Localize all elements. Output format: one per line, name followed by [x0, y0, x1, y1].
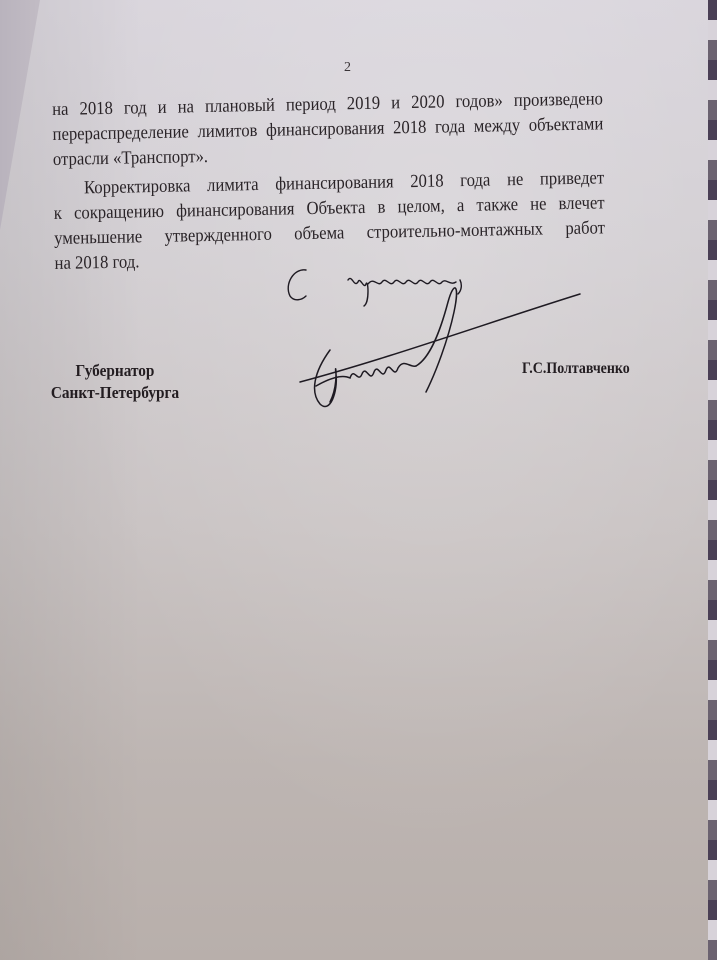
greeting-c-stroke: [288, 270, 306, 300]
paragraph-limit-correction: Корректировка лимита финансирования 2018…: [53, 166, 605, 277]
paragraph-funding-redistribution: на 2018 год и на плановый период 2019 и …: [52, 87, 604, 173]
greeting-word-stroke: [348, 278, 461, 306]
handwritten-signature-icon: [270, 262, 600, 422]
letter-body: на 2018 год и на плановый период 2019 и …: [52, 87, 606, 277]
signatory-name: Г.С.Полтавченко: [522, 360, 630, 378]
page-number: 2: [344, 60, 351, 76]
background-surface: [708, 0, 717, 960]
position-title: Губернатор: [34, 360, 196, 382]
position-region: Санкт-Петербурга: [34, 382, 196, 404]
signatory-position: Губернатор Санкт-Петербурга: [34, 360, 196, 404]
signature-waves: [316, 363, 416, 386]
